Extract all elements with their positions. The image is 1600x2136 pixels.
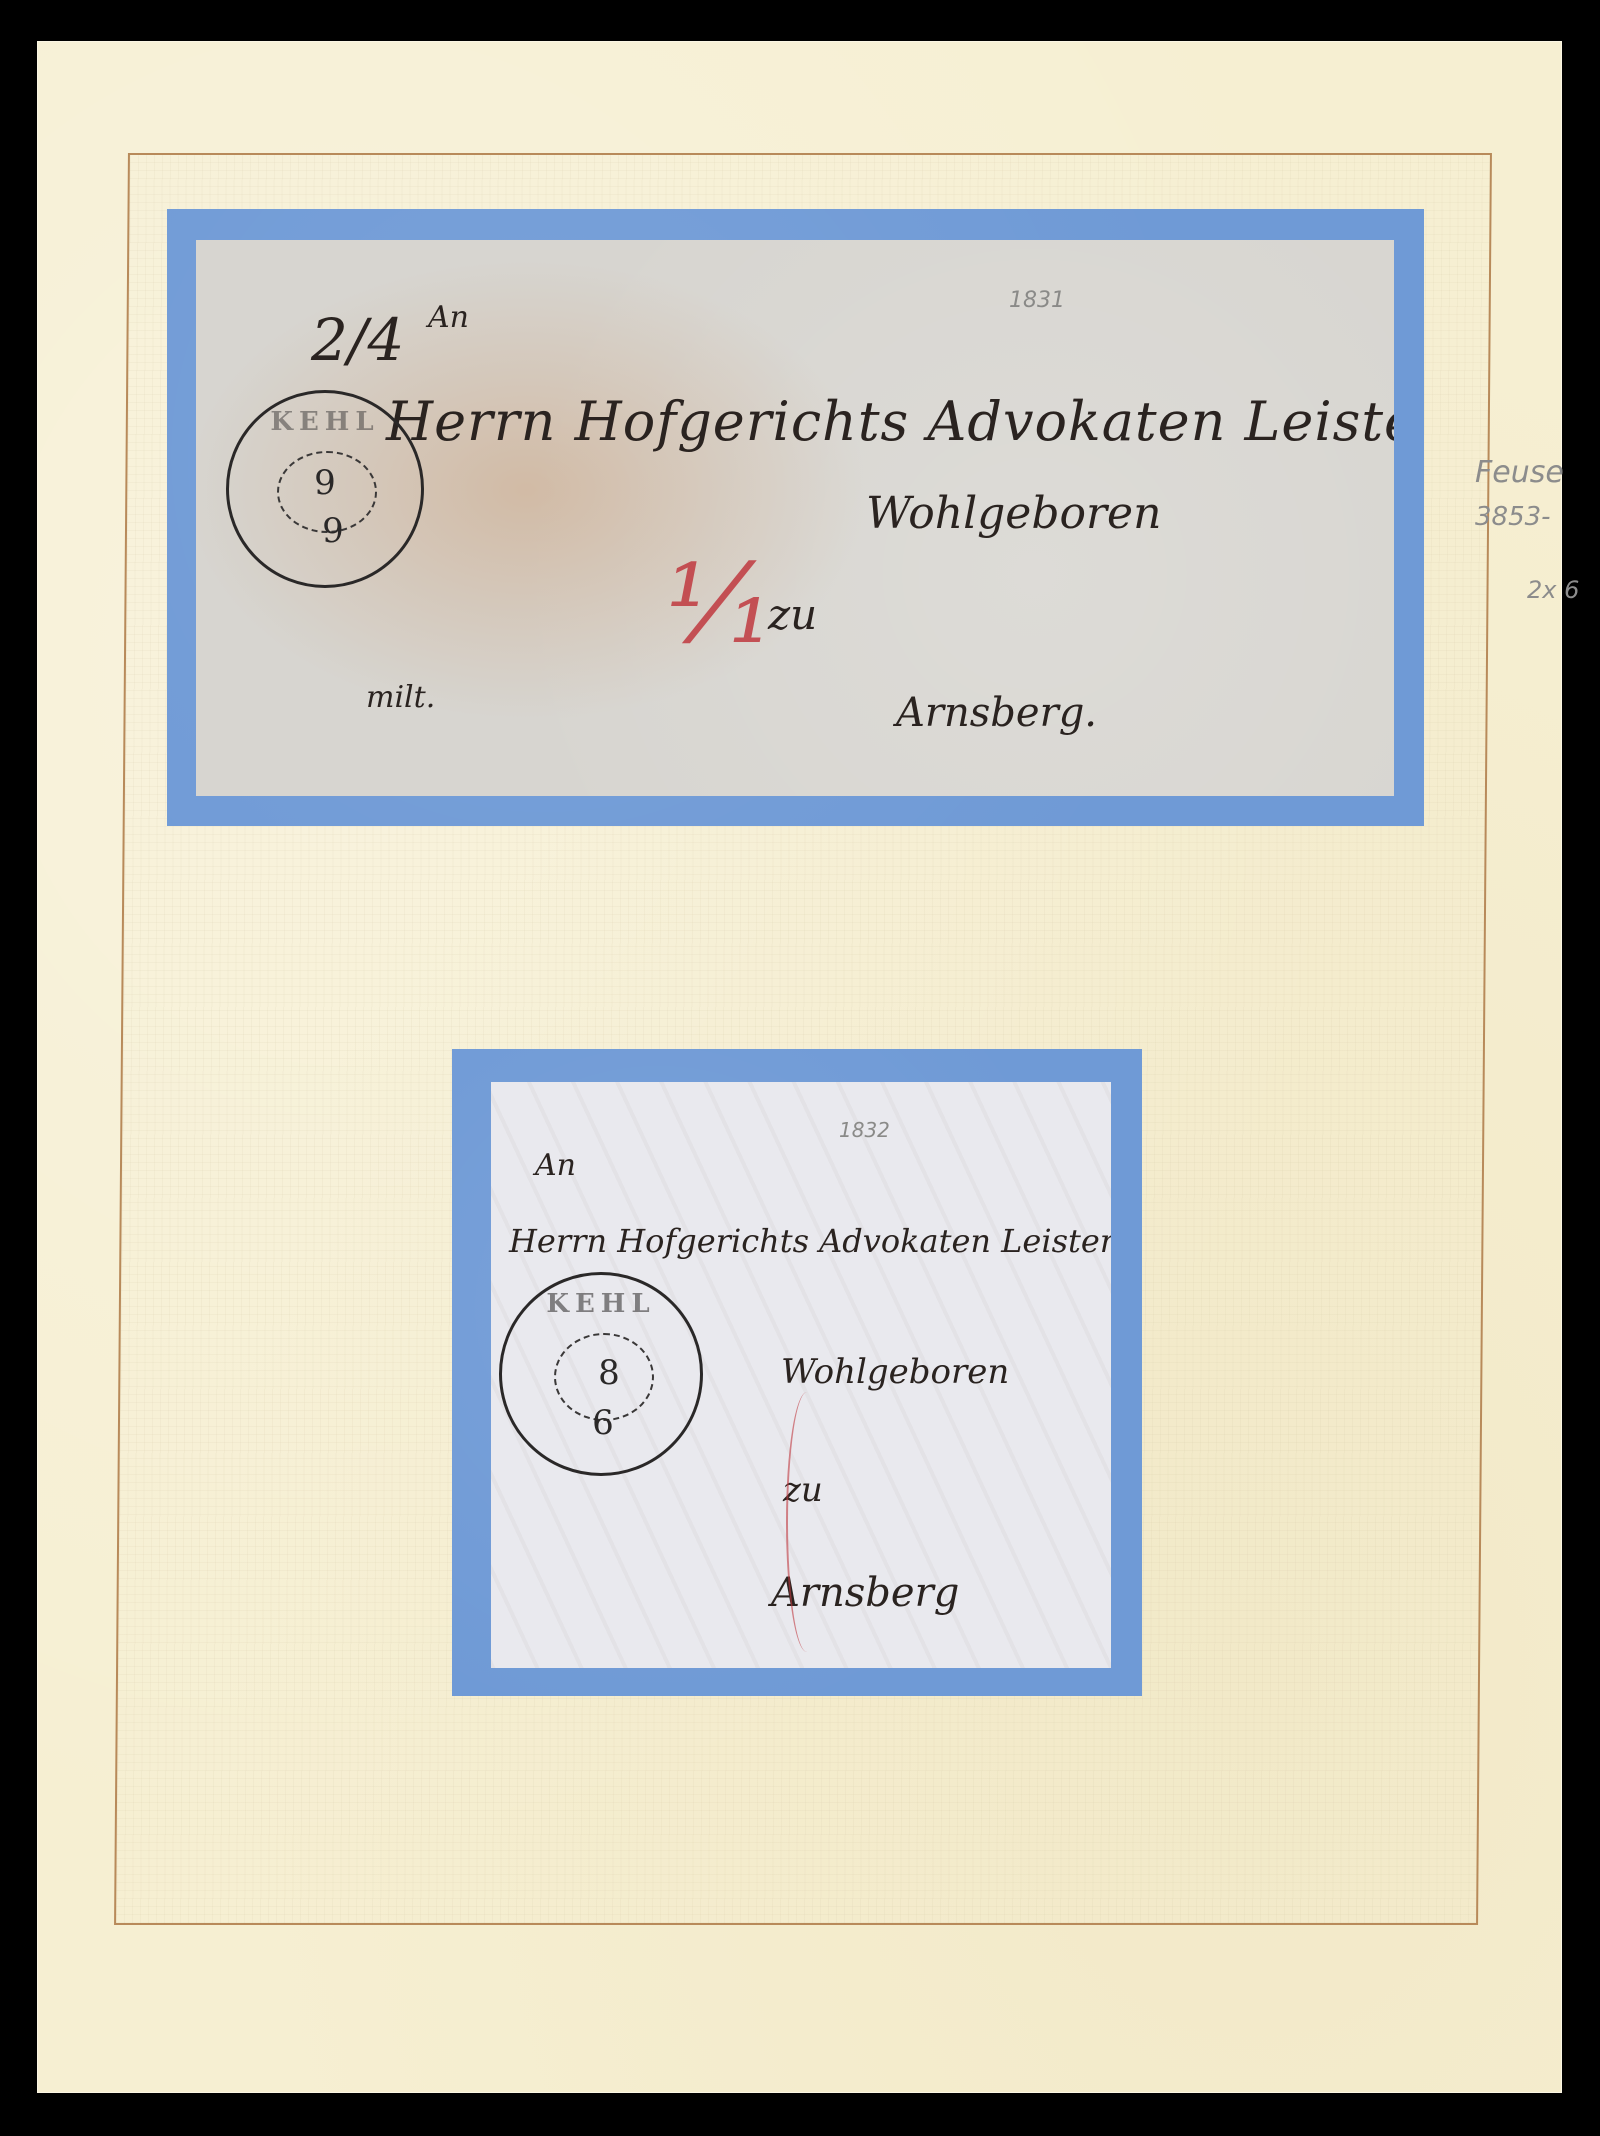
note-catalog: Feuse [1475,455,1579,490]
address-recipient: Herrn Hofgerichts Advokaten Leisten [386,390,1394,453]
cover-1[interactable]: 1831 2/4 An Herrn Hofgerichts Advokaten … [196,240,1394,796]
address-recipient: Herrn Hofgerichts Advokaten Leisten [509,1222,1111,1260]
rate-mark: 2/4 [311,306,404,374]
year-note: 1832 [839,1118,890,1142]
postmark-month: 6 [504,1403,702,1443]
postmark-day: 9 [229,463,421,503]
address-zu: zu [768,590,817,639]
blue-mount-cover-1: 1831 2/4 An Herrn Hofgerichts Advokaten … [167,209,1424,826]
address-honorific: Wohlgeboren [781,1352,1009,1392]
postmark-kehl-2: KEHL 8 6 [499,1272,703,1476]
red-rate-stroke [786,1392,828,1652]
address-honorific: Wohlgeboren [866,488,1161,539]
postmark-town: KEHL [502,1289,700,1319]
extra-note: milt. [366,680,435,715]
note-number: 3853- [1475,502,1579,532]
postmark-day: 8 [510,1353,708,1393]
blue-mount-cover-2: 1832 An Herrn Hofgerichts Advokaten Leis… [452,1049,1142,1696]
year-note: 1831 [1009,288,1065,313]
address-an: An [535,1148,576,1183]
note-count: 2x 6 [1527,576,1579,604]
postmark-month: 9 [237,511,429,551]
cover-2[interactable]: 1832 An Herrn Hofgerichts Advokaten Leis… [491,1082,1111,1668]
postmark-kehl-1: KEHL 9 9 [226,390,424,588]
postmark-town: KEHL [229,407,421,437]
address-an: An [428,300,469,335]
red-postage-mark: ⅟₁ [666,540,773,668]
margin-pencil-notes: Feuse 3853- 2x 6 [1475,455,1579,604]
address-city: Arnsberg. [896,690,1097,736]
